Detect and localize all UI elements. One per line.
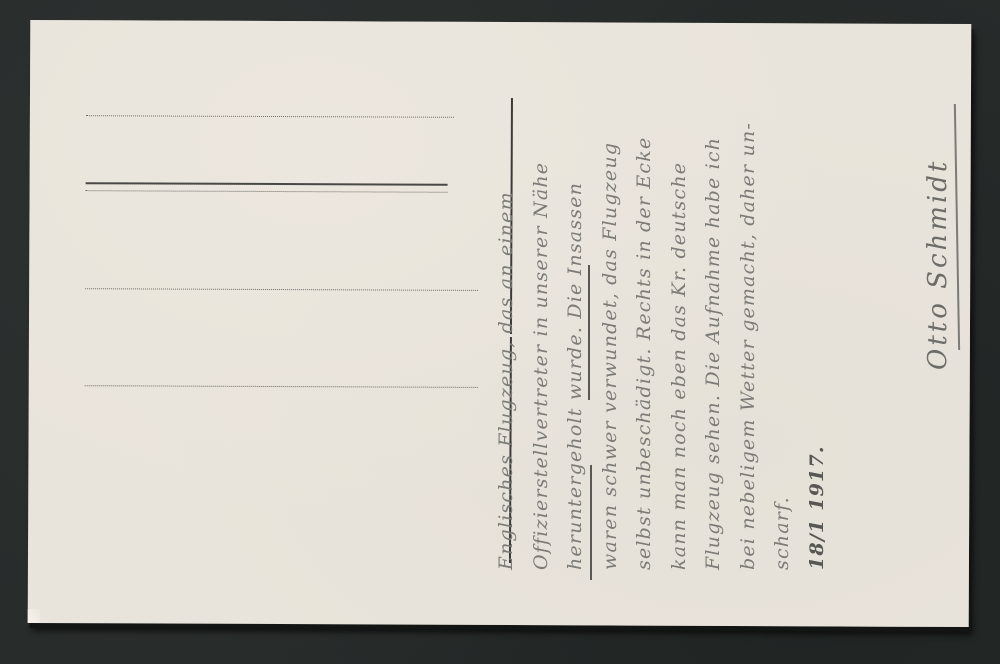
underline-stroke-1 xyxy=(588,265,590,400)
signature: Otto Schmidt xyxy=(923,110,953,370)
address-line-2-dotted xyxy=(86,190,448,193)
handwritten-message: Englisches Flugzeug, das an einem Offizi… xyxy=(489,30,929,570)
message-line-1: Englisches Flugzeug, das an einem xyxy=(489,30,524,570)
address-line-1 xyxy=(86,115,454,118)
address-line-2 xyxy=(86,182,448,186)
worn-corner xyxy=(28,609,40,623)
message-line-7: Flugzeug sehen. Die Aufnahme habe ich xyxy=(696,30,731,570)
underline-stroke-2 xyxy=(590,465,592,580)
address-line-3 xyxy=(85,288,478,291)
message-line-6: kann man noch eben das Kr. deutsche xyxy=(662,30,697,570)
message-line-2: Offizierstellvertreter in unserer Nähe xyxy=(524,30,559,570)
message-line-4: waren schwer verwundet, das Flugzeug xyxy=(593,30,628,570)
message-line-8: bei nebeligem Wetter gemacht, daher un- xyxy=(731,30,766,570)
message-line-5: selbst unbeschädigt. Rechts in der Ecke xyxy=(627,30,662,570)
message-date: 18/1 1917. xyxy=(800,30,835,570)
address-line-4 xyxy=(85,385,478,388)
message-line-9: scharf. xyxy=(765,30,800,570)
